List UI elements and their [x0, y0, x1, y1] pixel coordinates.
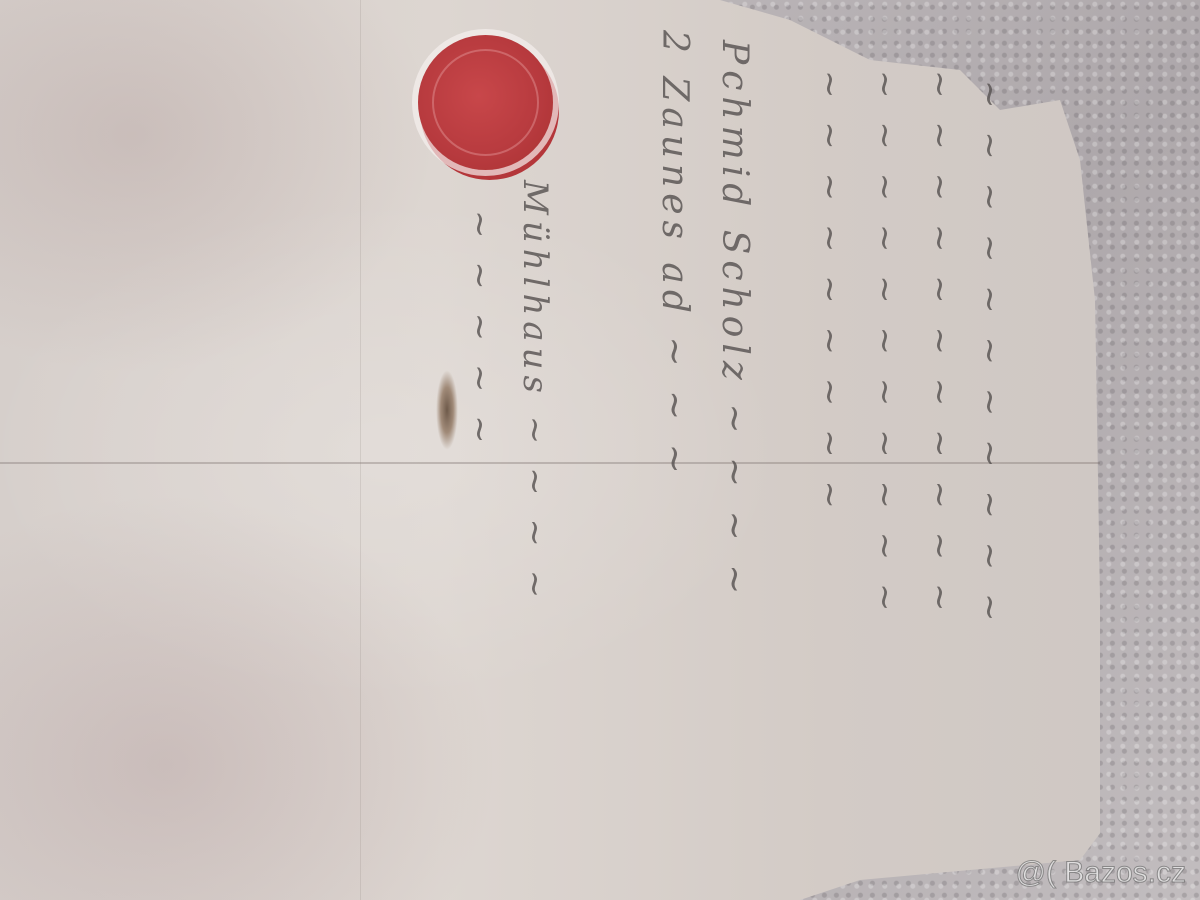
handwriting-line: ~ ~ ~ ~ ~ — [460, 210, 500, 450]
bazos-watermark: @( Bazos.cz — [1016, 856, 1187, 890]
handwriting-line: Pchmid Scholz ~ ~ ~ ~ — [714, 40, 755, 600]
paper-fold-vertical — [360, 0, 361, 900]
handwriting-line: 2 Zaunes ad ~ ~ ~ — [654, 30, 695, 480]
handwriting-line: Mühlhaus ~ ~ ~ ~ — [515, 180, 555, 604]
paper-hole — [436, 370, 458, 450]
handwriting-line: ~ ~ ~ ~ ~ ~ ~ ~ ~ ~ ~ — [970, 80, 1010, 627]
handwriting-line: ~ ~ ~ ~ ~ ~ ~ ~ ~ — [810, 70, 850, 515]
red-wax-seal — [418, 35, 553, 170]
handwriting-line: ~ ~ ~ ~ ~ ~ ~ ~ ~ ~ ~ — [865, 70, 905, 617]
handwriting-line: ~ ~ ~ ~ ~ ~ ~ ~ ~ ~ ~ — [920, 70, 960, 617]
